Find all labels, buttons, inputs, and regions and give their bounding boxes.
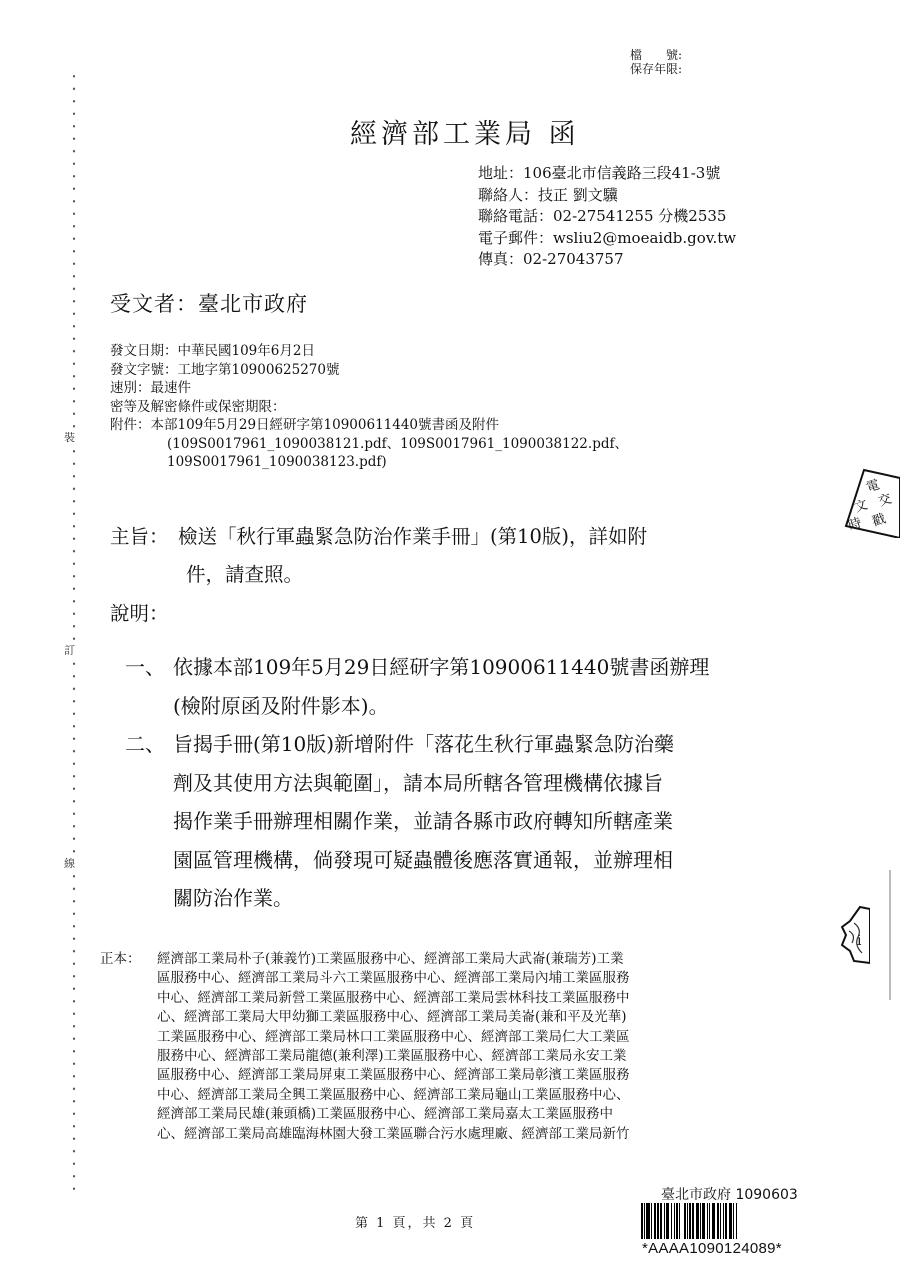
item-line: 旨揭手冊(第10版)新增附件「落花生秋行軍蟲緊急防治藥	[173, 725, 805, 764]
subject-label: 主旨：	[110, 518, 178, 556]
document-meta: 發文日期：中華民國109年6月2日 發文字號：工地字第10900625270號 …	[110, 342, 628, 472]
speed-class: 速別：最速件	[110, 379, 628, 398]
contact-block: 地址：106臺北市信義路三段41-3號 聯絡人：技正 劉文驥 聯絡電話：02-2…	[478, 163, 736, 271]
receipt-stamp-text: 臺北市政府 1090603	[661, 1184, 798, 1204]
binding-label-xian: 線	[64, 858, 75, 870]
binding-dotted-line	[72, 70, 76, 1190]
email: 電子郵件：wsliu2@moeaidb.gov.tw	[478, 228, 736, 250]
explanation-items: 一、 依據本部109年5月29日經研字第10900611440號書函辦理 (檢附…	[125, 648, 805, 918]
cc-label: 正本：	[100, 950, 157, 1144]
document-title: 經濟部工業局 函	[350, 112, 580, 151]
item-line: 揭作業手冊辦理相關作業，並請各縣市政府轉知所轄產業	[173, 802, 805, 841]
item-line: 園區管理機構，倘發現可疑蟲體後應落實通報，並辦理相	[173, 841, 805, 880]
cc-line: 心、經濟部工業局大甲幼獅工業區服務中心、經濟部工業局美崙(兼和平及光華)	[157, 1008, 800, 1027]
explanation-item-2: 二、 旨揭手冊(第10版)新增附件「落花生秋行軍蟲緊急防治藥 劑及其使用方法與範…	[125, 725, 805, 918]
cc-line: 中心、經濟部工業局新營工業區服務中心、經濟部工業局雲林科技工業區服務中	[157, 989, 800, 1008]
item-number: 二、	[125, 725, 173, 918]
cc-line: 工業區服務中心、經濟部工業局林口工業區服務中心、經濟部工業局仁大工業區	[157, 1028, 800, 1047]
explanation-item-1: 一、 依據本部109年5月29日經研字第10900611440號書函辦理 (檢附…	[125, 648, 805, 725]
cc-block: 正本： 經濟部工業局朴子(兼義竹)工業區服務中心、經濟部工業局大武崙(兼瑞芳)工…	[100, 950, 800, 1144]
attachment-line-1: 附件：本部109年5月29日經研字第10900611440號書函及附件	[110, 416, 628, 435]
retention-period-label: 保存年限:	[630, 62, 682, 76]
contact-person: 聯絡人：技正 劉文驥	[478, 185, 736, 207]
partial-seal-icon: i	[840, 905, 870, 965]
issue-date: 發文日期：中華民國109年6月2日	[110, 342, 628, 361]
subject-line-2: 件，請查照。	[110, 556, 647, 594]
explanation-label: 說明：	[110, 598, 169, 626]
classification: 密等及解密條件或保密期限：	[110, 398, 628, 417]
binding-label-ding: 訂	[64, 645, 75, 657]
subject-line-1: 檢送「秋行軍蟲緊急防治作業手冊」(第10版)，詳如附	[178, 525, 647, 548]
item-number: 一、	[125, 648, 173, 725]
barcode-icon	[641, 1203, 809, 1239]
scan-edge-line	[889, 870, 891, 1000]
archive-number-label: 檔 號:	[630, 48, 682, 62]
binding-label-zhuang: 裝	[64, 432, 75, 444]
page-number: 第 1 頁，共 2 頁	[355, 1212, 475, 1231]
cc-line: 經濟部工業局民雄(兼頭橋)工業區服務中心、經濟部工業局嘉太工業區服務中	[157, 1105, 800, 1124]
cc-line: 經濟部工業局朴子(兼義竹)工業區服務中心、經濟部工業局大武崙(兼瑞芳)工業	[157, 950, 800, 969]
item-line: 依據本部109年5月29日經研字第10900611440號書函辦理	[173, 648, 805, 687]
attachment-line-3: 109S0017961_1090038123.pdf)	[110, 453, 628, 472]
svg-text:戳: 戳	[871, 512, 888, 530]
cc-line: 中心、經濟部工業局全興工業區服務中心、經濟部工業局龜山工業區服務中心、	[157, 1086, 800, 1105]
fax: 傳真：02-27043757	[478, 249, 736, 271]
recipient: 受文者：臺北市政府	[110, 288, 308, 318]
seal-stamp-icon: 電 文 交 時 戳	[842, 468, 900, 538]
cc-line: 區服務中心、經濟部工業局屏東工業區服務中心、經濟部工業局彰濱工業區服務	[157, 1066, 800, 1085]
svg-text:i: i	[857, 933, 862, 949]
svg-text:電: 電	[865, 478, 882, 496]
filing-info: 檔 號: 保存年限:	[630, 48, 682, 76]
attachment-line-2: (109S0017961_1090038121.pdf、109S0017961_…	[110, 435, 628, 454]
svg-text:交: 交	[877, 492, 894, 510]
item-line: (檢附原函及附件影本)。	[173, 687, 805, 726]
barcode-text: *AAAA1090124089*	[642, 1240, 782, 1257]
item-line: 劑及其使用方法與範圍」，請本局所轄各管理機構依據旨	[173, 764, 805, 803]
subject-block: 主旨：檢送「秋行軍蟲緊急防治作業手冊」(第10版)，詳如附 件，請查照。	[110, 518, 647, 594]
cc-line: 區服務中心、經濟部工業局斗六工業區服務中心、經濟部工業局內埔工業區服務	[157, 969, 800, 988]
cc-line: 服務中心、經濟部工業局龍德(兼利澤)工業區服務中心、經濟部工業局永安工業	[157, 1047, 800, 1066]
phone: 聯絡電話：02-27541255 分機2535	[478, 206, 736, 228]
document-number: 發文字號：工地字第10900625270號	[110, 361, 628, 380]
cc-line: 心、經濟部工業局高雄臨海林園大發工業區聯合污水處理廠、經濟部工業局新竹	[157, 1125, 800, 1144]
item-line: 關防治作業。	[173, 879, 805, 918]
address: 地址：106臺北市信義路三段41-3號	[478, 163, 736, 185]
svg-text:文: 文	[853, 498, 870, 516]
